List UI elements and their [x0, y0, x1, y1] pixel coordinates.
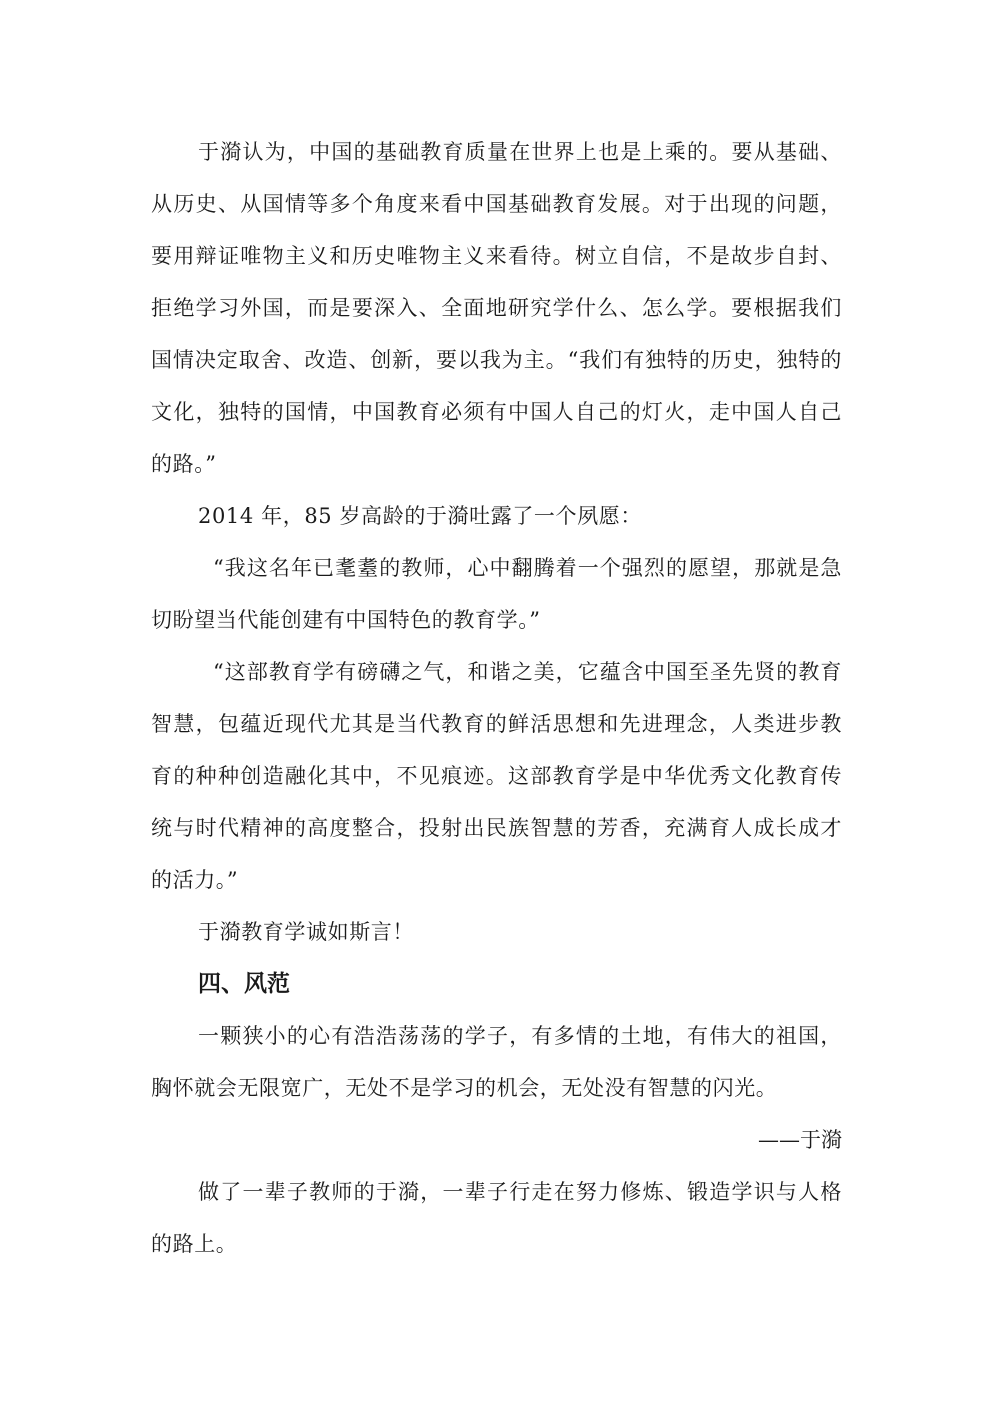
epigraph-quote: 一颗狭小的心有浩浩荡荡的学子，有多情的土地，有伟大的祖国，胸怀就会无限宽广，无处…	[151, 1010, 842, 1114]
paragraph-wish-intro: 2014 年，85 岁高龄的于漪吐露了一个夙愿：	[151, 490, 842, 542]
section-heading: 四、风范	[151, 958, 842, 1010]
epigraph-attribution: ——于漪	[151, 1114, 842, 1166]
paragraph-conclusion: 于漪教育学诚如斯言！	[151, 906, 842, 958]
closing-paragraph: 做了一辈子教师的于漪，一辈子行走在努力修炼、锻造学识与人格的路上。	[151, 1166, 842, 1270]
paragraph-pedagogy-quote: “这部教育学有磅礴之气，和谐之美，它蕴含中国至圣先贤的教育智慧，包蕴近现代尤其是…	[151, 646, 842, 906]
paragraph-confidence: 于漪认为，中国的基础教育质量在世界上也是上乘的。要从基础、从历史、从国情等多个角…	[151, 126, 842, 490]
document-page: 于漪认为，中国的基础教育质量在世界上也是上乘的。要从基础、从历史、从国情等多个角…	[151, 126, 842, 1270]
paragraph-wish-quote: “我这名年已耄耋的教师，心中翻腾着一个强烈的愿望，那就是急切盼望当代能创建有中国…	[151, 542, 842, 646]
